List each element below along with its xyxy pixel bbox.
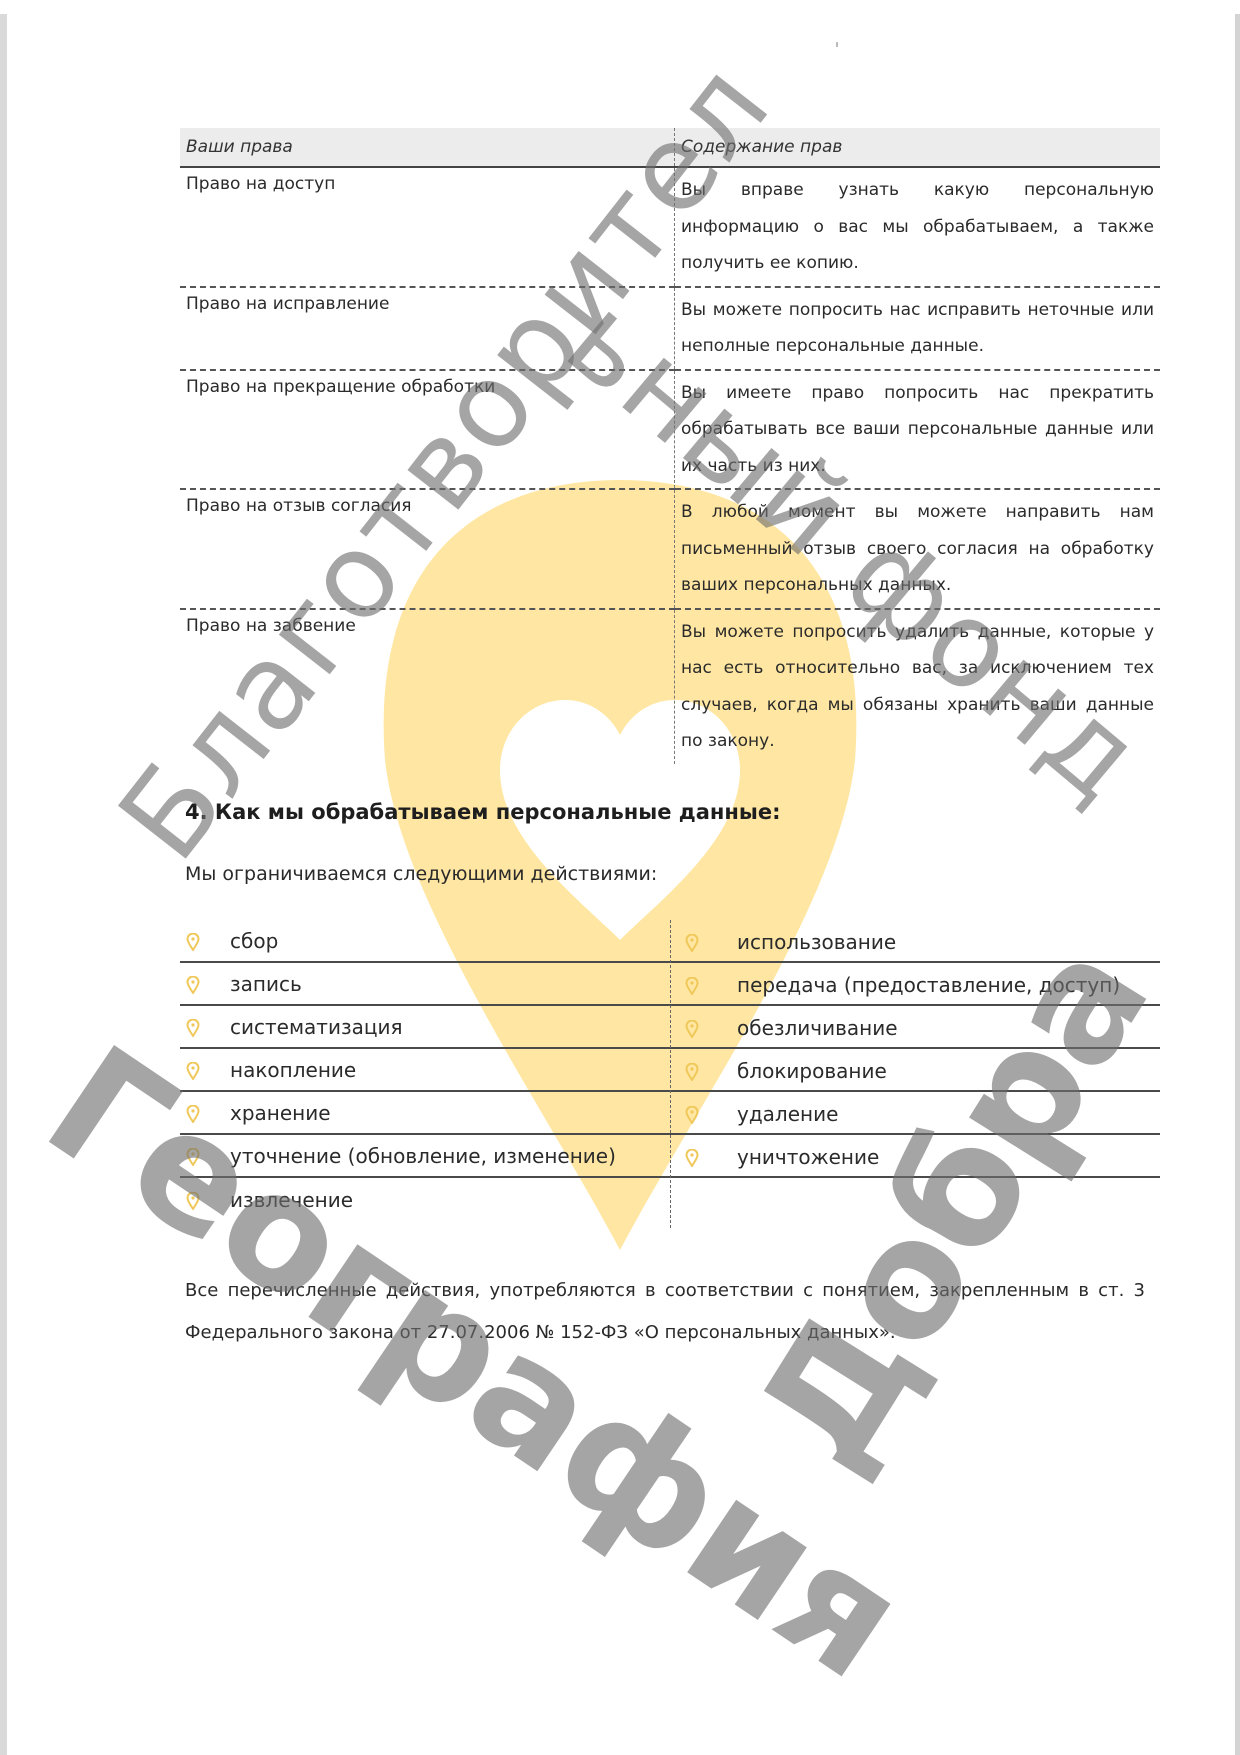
right-name: Право на прекращение обработки [180, 370, 675, 490]
map-pin-icon [685, 1062, 699, 1080]
section-intro: Мы ограничиваемся следующими действиями: [185, 863, 657, 885]
action-label: использование [737, 930, 896, 954]
rights-table: Ваши права Содержание прав Право на дост… [180, 128, 1160, 764]
list-item: блокирование [671, 1049, 1161, 1092]
action-label: уточнение (обновление, изменение) [230, 1144, 616, 1168]
right-content: Вы вправе узнать какую персональную инфо… [675, 167, 1161, 287]
list-item: передача (предоставление, доступ) [671, 963, 1161, 1006]
map-pin-icon [186, 1104, 200, 1122]
action-label: передача (предоставление, доступ) [737, 973, 1120, 997]
action-label: запись [230, 972, 302, 996]
right-name: Право на забвение [180, 609, 675, 764]
column-header-content: Содержание прав [675, 128, 1161, 167]
table-row: Право на забвение Вы можете попросить уд… [180, 609, 1160, 764]
action-label: сбор [230, 929, 278, 953]
list-item: удаление [671, 1092, 1161, 1135]
action-label: удаление [737, 1102, 838, 1126]
action-label: уничтожение [737, 1145, 879, 1169]
table-row: Право на отзыв согласия В любой момент в… [180, 489, 1160, 609]
footnote-paragraph: Все перечисленные действия, употребляютс… [185, 1270, 1145, 1354]
list-item: использование [671, 920, 1161, 963]
action-label: систематизация [230, 1015, 402, 1039]
table-row: Право на доступ Вы вправе узнать какую п… [180, 167, 1160, 287]
map-pin-icon [186, 1061, 200, 1079]
map-pin-icon [186, 932, 200, 950]
list-item: уничтожение [671, 1135, 1161, 1178]
map-pin-icon [186, 1147, 200, 1165]
right-name: Право на исправление [180, 287, 675, 370]
right-content: Вы можете попросить удалить данные, кото… [675, 609, 1161, 764]
right-content: В любой момент вы можете направить нам п… [675, 489, 1161, 609]
right-content: Вы имеете право попросить нас прекратить… [675, 370, 1161, 490]
map-pin-icon [186, 1191, 200, 1209]
map-pin-icon [685, 976, 699, 994]
map-pin-icon [186, 1018, 200, 1036]
map-pin-icon [685, 1105, 699, 1123]
map-pin-icon [685, 1148, 699, 1166]
map-pin-icon [186, 975, 200, 993]
column-header-rights: Ваши права [180, 128, 675, 167]
table-row: Право на прекращение обработки Вы имеете… [180, 370, 1160, 490]
action-label: хранение [230, 1101, 331, 1125]
map-pin-icon [685, 1019, 699, 1037]
actions-column-right: использованиепередача (предоставление, д… [670, 920, 1161, 1228]
right-name: Право на отзыв согласия [180, 489, 675, 609]
map-pin-icon [685, 933, 699, 951]
actions-column-left: сборзаписьсистематизациянакоплениехранен… [180, 920, 670, 1221]
right-name: Право на доступ [180, 167, 675, 287]
section-title: 4. Как мы обрабатываем персональные данн… [185, 800, 781, 824]
table-row: Право на исправление Вы можете попросить… [180, 287, 1160, 370]
action-label: блокирование [737, 1059, 887, 1083]
action-label: обезличивание [737, 1016, 898, 1040]
list-item: обезличивание [671, 1006, 1161, 1049]
right-content: Вы можете попросить нас исправить неточн… [675, 287, 1161, 370]
document-page: Ваши права Содержание прав Право на дост… [0, 0, 1240, 1755]
action-label: накопление [230, 1058, 356, 1082]
action-label: извлечение [230, 1188, 353, 1212]
